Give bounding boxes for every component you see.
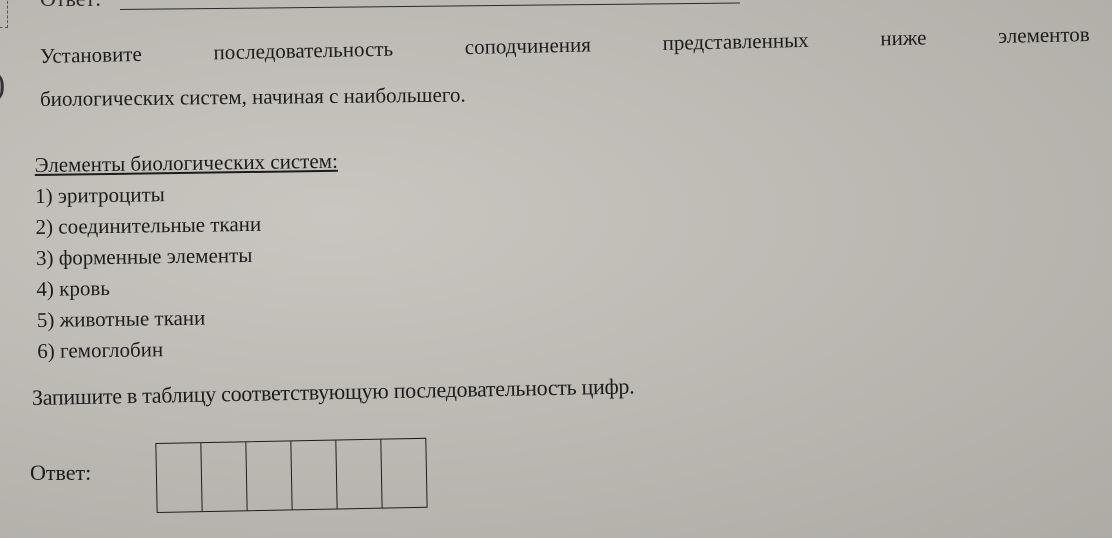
previous-answer-label: Ответ: bbox=[40, 0, 101, 12]
list-item: 4) кровь bbox=[36, 270, 340, 305]
task-statement-line2: биологических систем, начиная с наибольш… bbox=[40, 83, 466, 112]
task-word: соподчинения bbox=[465, 32, 592, 60]
answer-cell-5[interactable] bbox=[336, 440, 382, 509]
answer-label: Ответ: bbox=[30, 460, 91, 486]
task-word: представленных bbox=[662, 28, 809, 56]
task-word: последовательность bbox=[213, 37, 393, 66]
previous-answer-line[interactable] bbox=[120, 3, 740, 10]
list-item: 2) соединительные ткани bbox=[35, 208, 339, 243]
answer-table bbox=[155, 438, 427, 513]
elements-list-title: Элементы биологических систем: bbox=[34, 146, 338, 181]
answer-cell-3[interactable] bbox=[246, 441, 292, 510]
task-word: элементов bbox=[998, 22, 1090, 49]
margin-task-number-box bbox=[0, 0, 8, 28]
elements-list: Элементы биологических систем: 1) эритро… bbox=[34, 146, 340, 367]
list-item: 3) форменные элементы bbox=[36, 239, 340, 274]
task-word: ниже bbox=[880, 25, 927, 51]
list-item: 6) гемоглобин bbox=[37, 332, 341, 367]
instruction-text: Запишите в таблицу соответствующую после… bbox=[32, 373, 635, 411]
task-word: Установите bbox=[40, 42, 142, 69]
answer-cell-4[interactable] bbox=[291, 441, 337, 510]
margin-paren-mark: ) bbox=[0, 66, 5, 104]
answer-cell-6[interactable] bbox=[381, 439, 426, 508]
answer-cell-2[interactable] bbox=[201, 442, 247, 511]
list-item: 1) эритроциты bbox=[35, 177, 339, 212]
task-statement-line1: Установите последовательность соподчинен… bbox=[40, 22, 1090, 69]
list-item: 5) животные ткани bbox=[37, 301, 341, 336]
answer-cell-1[interactable] bbox=[156, 443, 202, 512]
